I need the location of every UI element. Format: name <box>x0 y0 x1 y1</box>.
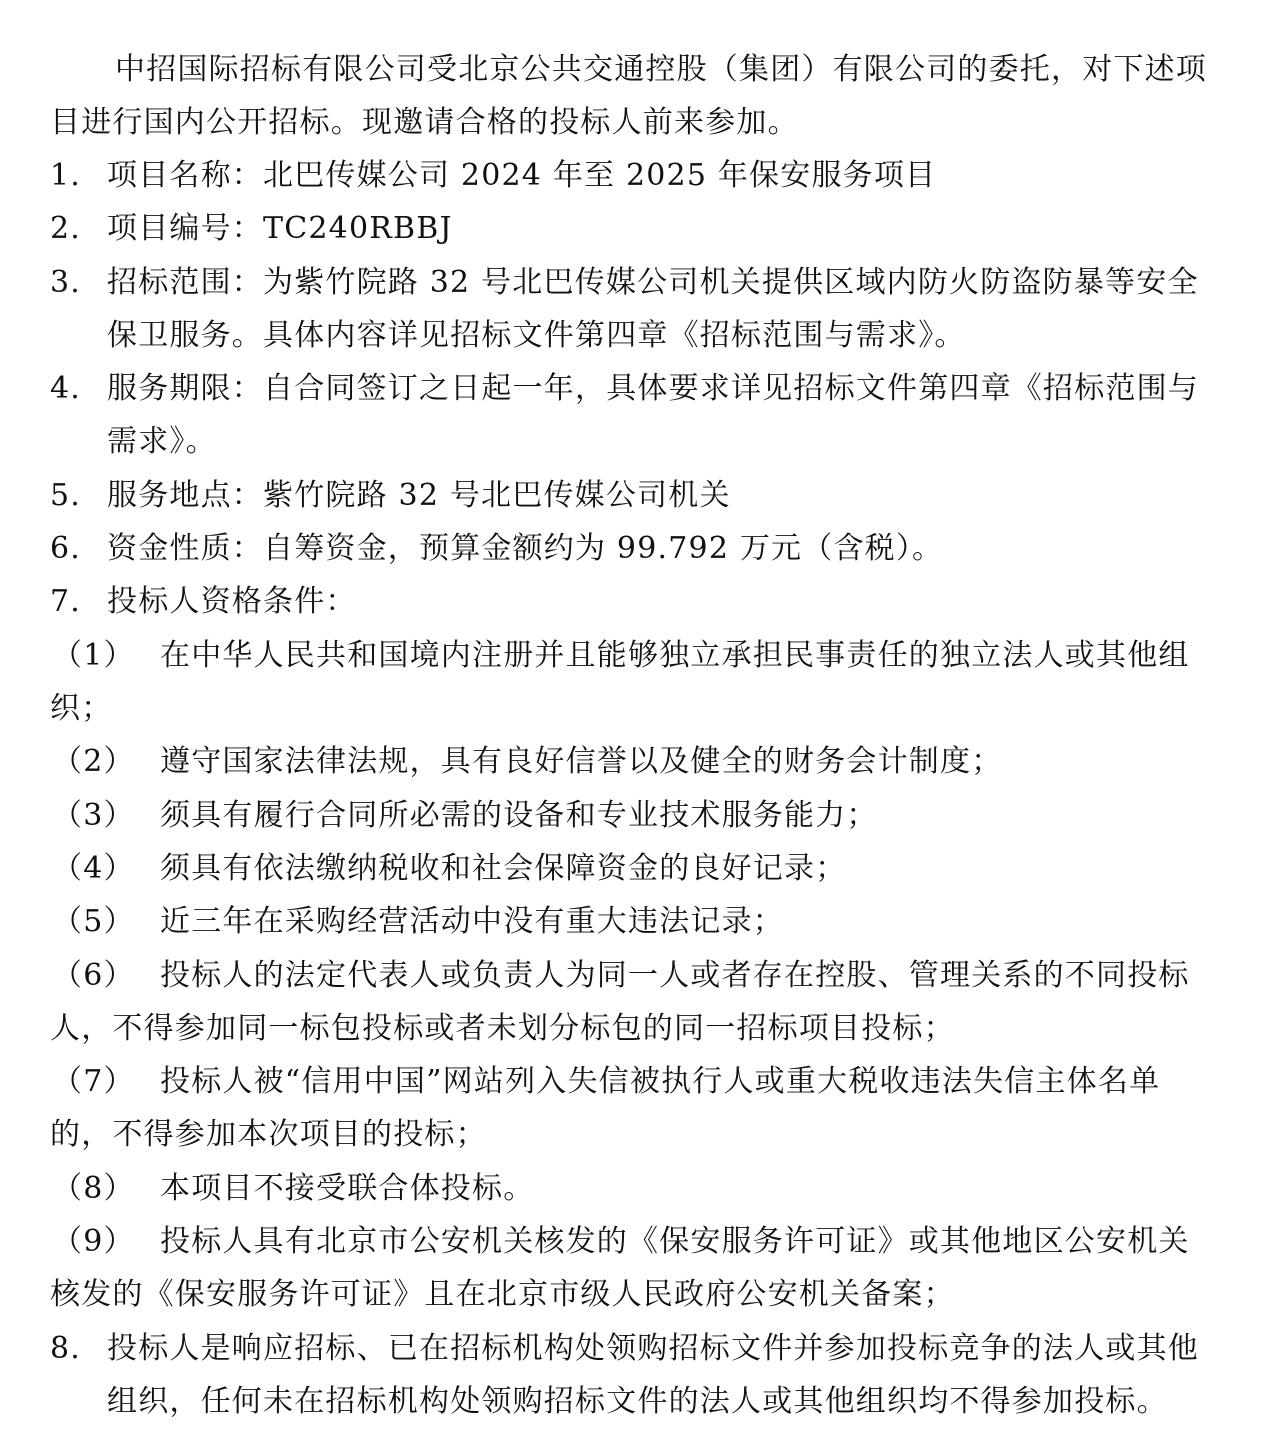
item-text: 需求》。 <box>107 415 217 468</box>
item-number: 2. <box>50 202 81 255</box>
item-number: 7. <box>50 575 81 628</box>
condition-text: 织； <box>50 682 112 735</box>
item-number: 5. <box>50 469 81 522</box>
condition-text: 本项目不接受联合体投标。 <box>160 1162 534 1215</box>
item-text: 投标人资格条件： <box>107 575 357 628</box>
condition-text: 投标人具有北京市公安机关核发的《保安服务许可证》或其他地区公安机关 <box>160 1215 1190 1268</box>
condition-number: （9） <box>52 1215 135 1268</box>
item-text: 服务期限：自合同签订之日起一年，具体要求详见招标文件第四章《招标范围与 <box>107 362 1199 415</box>
condition-number: （8） <box>52 1162 135 1215</box>
condition-text: 的，不得参加本次项目的投标； <box>50 1108 487 1161</box>
condition-number: （6） <box>52 949 135 1002</box>
condition-text: 须具有依法缴纳税收和社会保障资金的良好记录； <box>160 842 846 895</box>
condition-number: （4） <box>52 842 135 895</box>
intro-text-1: 中招国际招标有限公司受北京公共交通控股（集团）有限公司的委托，对下述项 <box>115 43 1207 96</box>
item-text: 项目编号：TC240RBBJ <box>107 202 453 255</box>
condition-text: 人，不得参加同一标包投标或者未划分标包的同一招标项目投标； <box>50 1002 955 1055</box>
condition-number: （5） <box>52 895 135 948</box>
condition-text: 遵守国家法律法规，具有良好信誉以及健全的财务会计制度； <box>160 735 1002 788</box>
item-number: 3. <box>50 256 81 309</box>
condition-text: 在中华人民共和国境内注册并且能够独立承担民事责任的独立法人或其他组 <box>160 629 1190 682</box>
condition-number: （1） <box>52 629 135 682</box>
item-number: 4. <box>50 362 81 415</box>
condition-number: （2） <box>52 735 135 788</box>
item-number: 6. <box>50 522 81 575</box>
condition-text: 核发的《保安服务许可证》且在北京市级人民政府公安机关备案； <box>50 1268 955 1321</box>
condition-number: （3） <box>52 789 135 842</box>
condition-text: 投标人的法定代表人或负责人为同一人或者存在控股、管理关系的不同投标 <box>160 949 1190 1002</box>
intro-text-2: 目进行国内公开招标。现邀请合格的投标人前来参加。 <box>50 96 799 149</box>
condition-number: （7） <box>52 1055 135 1108</box>
item-text: 组织，任何未在招标机构处领购招标文件的法人或其他组织均不得参加投标。 <box>107 1375 1168 1428</box>
item-text: 投标人是响应招标、已在招标机构处领购招标文件并参加投标竞争的法人或其他 <box>107 1322 1199 1375</box>
item-text: 资金性质：自筹资金，预算金额约为 99.792 万元（含税）。 <box>107 522 943 575</box>
item-text: 服务地点：紫竹院路 32 号北巴传媒公司机关 <box>107 469 731 522</box>
condition-text: 投标人被“信用中国”网站列入失信被执行人或重大税收违法失信主体名单 <box>160 1055 1160 1108</box>
item-number: 1. <box>50 149 81 202</box>
item-text: 保卫服务。具体内容详见招标文件第四章《招标范围与需求》。 <box>107 309 966 362</box>
condition-text: 须具有履行合同所必需的设备和专业技术服务能力； <box>160 789 878 842</box>
item-number: 8. <box>50 1322 81 1375</box>
item-text: 项目名称：北巴传媒公司 2024 年至 2025 年保安服务项目 <box>107 149 936 202</box>
item-text: 招标范围：为紫竹院路 32 号北巴传媒公司机关提供区域内防火防盗防暴等安全 <box>107 256 1199 309</box>
condition-text: 近三年在采购经营活动中没有重大违法记录； <box>160 895 784 948</box>
